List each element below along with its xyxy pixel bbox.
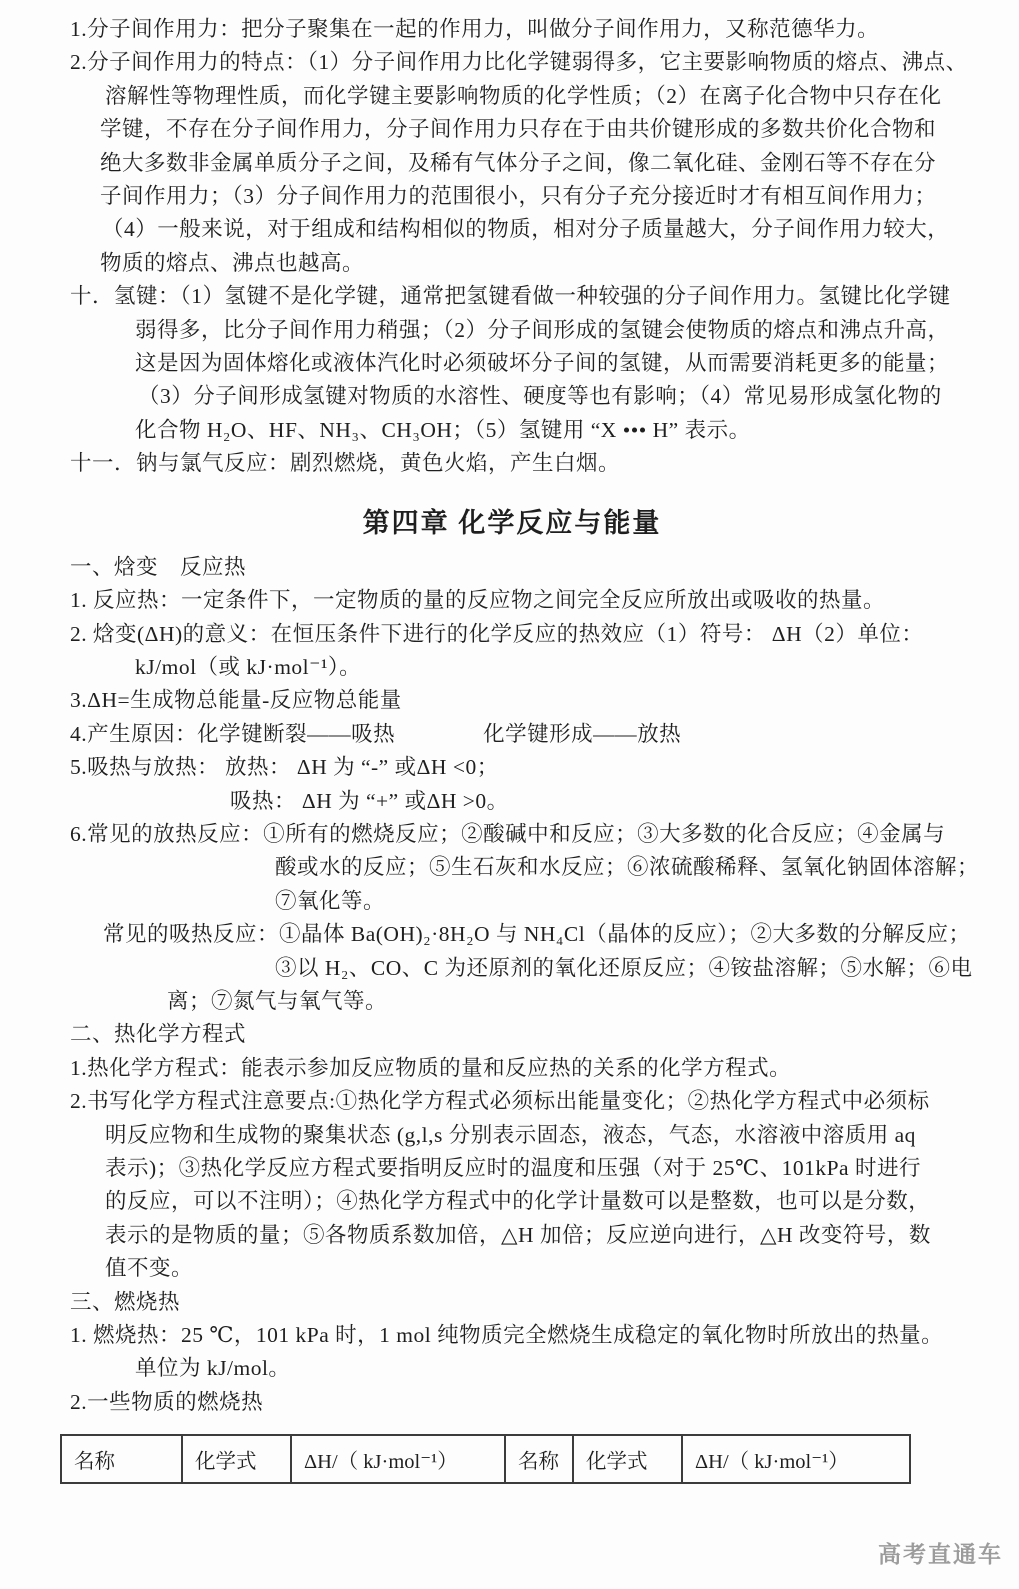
text-line: （3）分子间形成氢键对物质的水溶性、硬度等也有影响；（4）常见易形成氢化物的: [138, 380, 964, 413]
text-line: 2.分子间作用力的特点：（1）分子间作用力比化学键弱得多，它主要影响物质的熔点、…: [70, 46, 964, 79]
text-line: 三、燃烧热: [70, 1286, 964, 1319]
table-header-name-1: 名称: [61, 1435, 182, 1483]
text-line: 表示的是物质的量；⑤各物质系数加倍，△H 加倍；反应逆向进行，△H 改变符号，数: [105, 1219, 964, 1252]
text-line: 弱得多，比分子间作用力稍强；（2）分子间形成的氢键会使物质的熔点和沸点升高，: [135, 314, 964, 347]
text-line: 表示)；③热化学反应方程式要指明反应时的温度和压强（对于 25℃、101kPa …: [105, 1152, 964, 1185]
text-line: 2. 焓变(ΔH)的意义：在恒压条件下进行的化学反应的热效应（1）符号： ΔH（…: [70, 618, 964, 651]
text-line: 6.常见的放热反应：①所有的燃烧反应；②酸碱中和反应；③大多数的化合反应；④金属…: [70, 818, 964, 851]
text-line: 值不变。: [105, 1252, 964, 1285]
table-header-enthalpy-1: ΔH/（ kJ·mol⁻¹）: [291, 1435, 505, 1483]
table-header-formula-1: 化学式: [182, 1435, 291, 1483]
table-header-formula-2: 化学式: [573, 1435, 682, 1483]
text-line: 明反应物和生成物的聚集状态 (g,l,s 分别表示固态，液态，气态，水溶液中溶质…: [105, 1119, 964, 1152]
text-line: 2.一些物质的燃烧热: [70, 1386, 964, 1419]
text-line: 1. 燃烧热：25 ℃，101 kPa 时，1 mol 纯物质完全燃烧生成稳定的…: [70, 1319, 964, 1352]
text-line: 吸热： ΔH 为 “+” 或ΔH >0。: [230, 785, 964, 818]
text-line: ⑦氧化等。: [275, 885, 964, 918]
text-line: 一、焓变 反应热: [70, 551, 964, 584]
table-header-enthalpy-2: ΔH/（ kJ·mol⁻¹）: [682, 1435, 910, 1483]
text-line: 十．氢键：（1）氢键不是化学键，通常把氢键看做一种较强的分子间作用力。氢键比化学…: [70, 280, 964, 313]
combustion-heat-table: 名称 化学式 ΔH/（ kJ·mol⁻¹） 名称 化学式 ΔH/（ kJ·mol…: [60, 1434, 911, 1484]
chapter-heading: 第四章 化学反应与能量: [60, 505, 964, 541]
table-header-row: 名称 化学式 ΔH/（ kJ·mol⁻¹） 名称 化学式 ΔH/（ kJ·mol…: [61, 1435, 910, 1483]
document-page: 1.分子间作用力：把分子聚集在一起的作用力，叫做分子间作用力，又称范德华力。2.…: [0, 0, 1019, 1589]
text-line: 4.产生原因：化学键断裂——吸热 化学键形成——放热: [70, 718, 964, 751]
text-line: 化合物 H₂O、HF、NH₃、CH₃OH；（5）氢键用 “X ••• H” 表示…: [135, 414, 964, 447]
text-line: 二、热化学方程式: [70, 1018, 964, 1051]
text-line: 物质的熔点、沸点也越高。: [100, 247, 964, 280]
notes-content: 1.分子间作用力：把分子聚集在一起的作用力，叫做分子间作用力，又称范德华力。2.…: [60, 13, 964, 1419]
text-line: （4）一般来说，对于组成和结构相似的物质，相对分子质量越大，分子间作用力较大，: [102, 213, 964, 246]
text-line: 1.分子间作用力：把分子聚集在一起的作用力，叫做分子间作用力，又称范德华力。: [70, 13, 964, 46]
watermark: 高考直通车: [878, 1536, 1003, 1569]
text-line: 2.书写化学方程式注意要点:①热化学方程式必须标出能量变化；②热化学方程式中必须…: [70, 1085, 964, 1118]
text-line: 绝大多数非金属单质分子之间，及稀有气体分子之间，像二氧化硅、金刚石等不存在分: [100, 147, 964, 180]
text-line: 十一．钠与氯气反应：剧烈燃烧，黄色火焰，产生白烟。: [70, 447, 964, 480]
text-line: 单位为 kJ/mol。: [135, 1352, 964, 1385]
text-line: 学键，不存在分子间作用力，分子间作用力只存在于由共价键形成的多数共价化合物和: [100, 113, 964, 146]
text-line: 子间作用力；（3）分子间作用力的范围很小，只有分子充分接近时才有相互间作用力；: [100, 180, 964, 213]
text-line: 的反应，可以不注明）；④热化学方程式中的化学计量数可以是整数，也可以是分数，: [105, 1185, 964, 1218]
text-line: 溶解性等物理性质，而化学键主要影响物质的化学性质；（2）在离子化合物中只存在化: [105, 80, 964, 113]
text-line: kJ/mol（或 kJ·mol⁻¹）。: [135, 651, 964, 684]
text-line: 1.热化学方程式：能表示参加反应物质的量和反应热的关系的化学方程式。: [70, 1052, 964, 1085]
text-line: 5.吸热与放热： 放热： ΔH 为 “-” 或ΔH <0；: [70, 751, 964, 784]
text-line: 1. 反应热：一定条件下，一定物质的量的反应物之间完全反应所放出或吸收的热量。: [70, 584, 964, 617]
text-line: 3.ΔH=生成物总能量-反应物总能量: [70, 684, 964, 717]
text-line: 离；⑦氮气与氧气等。: [167, 985, 964, 1018]
text-line: 这是因为固体熔化或液体汽化时必须破坏分子间的氢键，从而需要消耗更多的能量；: [135, 347, 964, 380]
text-line: ③以 H₂、CO、C 为还原剂的氧化还原反应；④铵盐溶解；⑤水解；⑥电: [275, 952, 964, 985]
text-line: 常见的吸热反应：①晶体 Ba(OH)₂·8H₂O 与 NH₄Cl（晶体的反应）；…: [103, 918, 964, 951]
table-header-name-2: 名称: [505, 1435, 573, 1483]
text-line: 酸或水的反应；⑤生石灰和水反应；⑥浓硫酸稀释、氢氧化钠固体溶解；: [275, 851, 964, 884]
